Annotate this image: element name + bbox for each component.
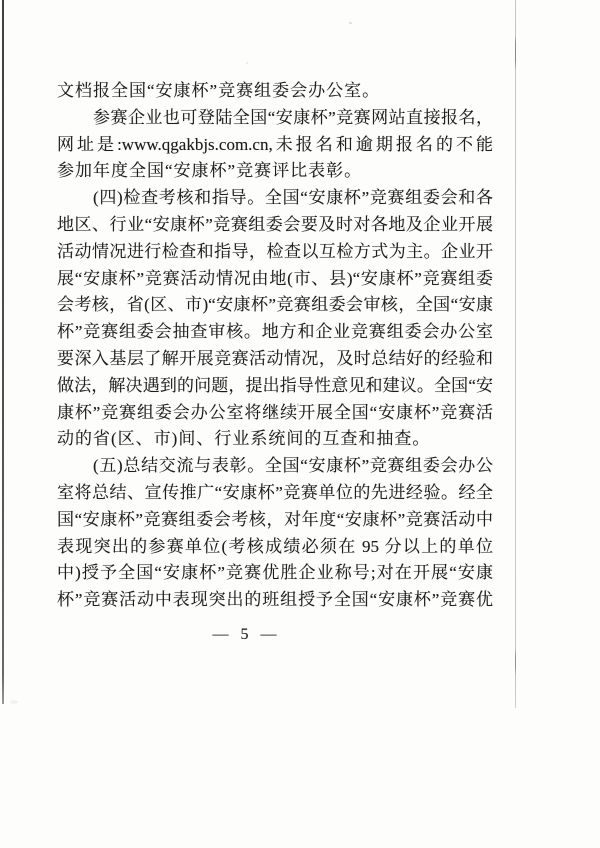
text-line: 参加年度全国“安康杯”竞赛评比表彰。 [57, 158, 493, 185]
scan-dust-speck [246, 62, 248, 64]
text-line: 中)授予全国“安康杯”竞赛优胜企业称号;对在开展“安康 [57, 560, 493, 587]
page-number: — 5 — [0, 626, 493, 644]
text-line: 参赛企业也可登陆全国“安康杯”竞赛网站直接报名， [57, 105, 493, 132]
scan-dust-speck [10, 700, 18, 704]
text-line: 展“安康杯”竞赛活动情况由地(市、县)“安康杯”竞赛组委 [57, 266, 493, 293]
text-line: 国“安康杯”竞赛组委会考核，对年度“安康杯”竞赛活动中 [57, 507, 493, 534]
text-line: 地区、行业“安康杯”竞赛组委会要及时对各地及企业开展 [57, 212, 493, 239]
document-body-text: 文档报全国“安康杯”竞赛组委会办公室。 参赛企业也可登陆全国“安康杯”竞赛网站直… [57, 78, 493, 614]
text-line: (四)检查考核和指导。全国“安康杯”竞赛组委会和各 [57, 185, 493, 212]
text-line: 室将总结、宣传推广“安康杯”竞赛单位的先进经验。经全 [57, 480, 493, 507]
text-line: 网址是:www.qgakbjs.com.cn,未报名和逾期报名的不能 [57, 132, 493, 159]
text-line: 表现突出的参赛单位(考核成绩必须在 95 分以上的单位 [57, 534, 493, 561]
text-line: 康杯”竞赛组委会办公室将继续开展全国“安康杯”竞赛活 [57, 400, 493, 427]
scan-dust-speck [349, 22, 352, 24]
text-line: (五)总结交流与表彰。全国“安康杯”竞赛组委会办公 [57, 453, 493, 480]
text-line: 做法，解决遇到的问题，提出指导性意见和建议。全国“安 [57, 373, 493, 400]
text-line: 会考核，省(区、市)“安康杯”竞赛组委会审核，全国“安康 [57, 292, 493, 319]
text-line: 杯”竞赛活动中表现突出的班组授予全国“安康杯”竞赛优 [57, 587, 493, 614]
text-line: 动的省(区、市)间、行业系统间的互查和抽查。 [57, 426, 493, 453]
text-line: 活动情况进行检查和指导，检查以互检方式为主。企业开 [57, 239, 493, 266]
text-line: 要深入基层了解开展竞赛活动情况，及时总结好的经验和 [57, 346, 493, 373]
scan-edge-left-line [2, 0, 4, 704]
scan-edge-right-line [515, 0, 516, 708]
text-line: 杯”竞赛组委会抽查审核。地方和企业竞赛组委会办公室 [57, 319, 493, 346]
document-page: 文档报全国“安康杯”竞赛组委会办公室。 参赛企业也可登陆全国“安康杯”竞赛网站直… [0, 0, 600, 848]
text-line: 文档报全国“安康杯”竞赛组委会办公室。 [57, 78, 493, 105]
